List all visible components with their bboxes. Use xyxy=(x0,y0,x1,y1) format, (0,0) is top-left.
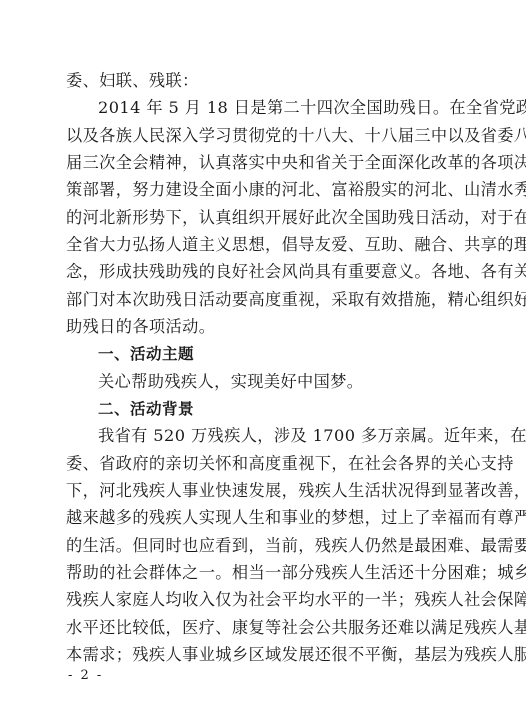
text-line: 水平还比较低，医疗、康复等社会公共服务还难以满足残疾人基 xyxy=(66,618,456,638)
text-line: 委、省政府的亲切关怀和高度重视下，在社会各界的关心支持 xyxy=(66,454,456,474)
text-line: 的生活。但同时也应看到，当前，残疾人仍然是最困难、最需要 xyxy=(66,536,456,556)
paragraph-background-line: 我省有 520 万残疾人，涉及 1700 多万亲属。近年来，在省 xyxy=(98,426,456,446)
text-line: 越来越多的残疾人实现人生和事业的梦想，过上了幸福而有尊严 xyxy=(66,508,456,528)
section-heading-theme: 一、活动主题 xyxy=(98,344,456,364)
text-line: 助残日的各项活动。 xyxy=(66,317,456,337)
text-line: 届三次全会精神，认真落实中央和省关于全面深化改革的各项决 xyxy=(66,153,456,173)
text-line: 策部署，努力建设全面小康的河北、富裕殷实的河北、山清水秀 xyxy=(66,180,456,200)
text-line: 的河北新形势下，认真组织开展好此次全国助残日活动，对于在 xyxy=(66,208,456,228)
document-page: 委、妇联、残联： 2014 年 5 月 18 日是第二十四次全国助残日。在全省党… xyxy=(0,0,526,704)
paragraph-intro-line: 2014 年 5 月 18 日是第二十四次全国助残日。在全省党政军 xyxy=(98,98,456,118)
text-line: 部门对本次助残日活动要高度重视，采取有效措施，精心组织好 xyxy=(66,290,456,310)
text-line: 念，形成扶残助残的良好社会风尚具有重要意义。各地、各有关 xyxy=(66,262,456,282)
text-line: 本需求；残疾人事业城乡区域发展还很不平衡，基层为残疾人服 xyxy=(66,645,456,665)
text-line: 残疾人家庭人均收入仅为社会平均水平的一半；残疾人社会保障 xyxy=(66,590,456,610)
text-line: 全省大力弘扬人道主义思想，倡导友爱、互助、融合、共享的理 xyxy=(66,235,456,255)
text-line: 下，河北残疾人事业快速发展，残疾人生活状况得到显著改善， xyxy=(66,481,456,501)
text-line: 以及各族人民深入学习贯彻党的十八大、十八届三中以及省委八 xyxy=(66,126,456,146)
theme-text: 关心帮助残疾人，实现美好中国梦。 xyxy=(98,372,456,392)
text-line: 帮助的社会群体之一。相当一部分残疾人生活还十分困难；城乡 xyxy=(66,563,456,583)
text-line: 委、妇联、残联： xyxy=(66,71,456,91)
page-number: - 2 - xyxy=(68,668,103,684)
section-heading-background: 二、活动背景 xyxy=(98,399,456,419)
